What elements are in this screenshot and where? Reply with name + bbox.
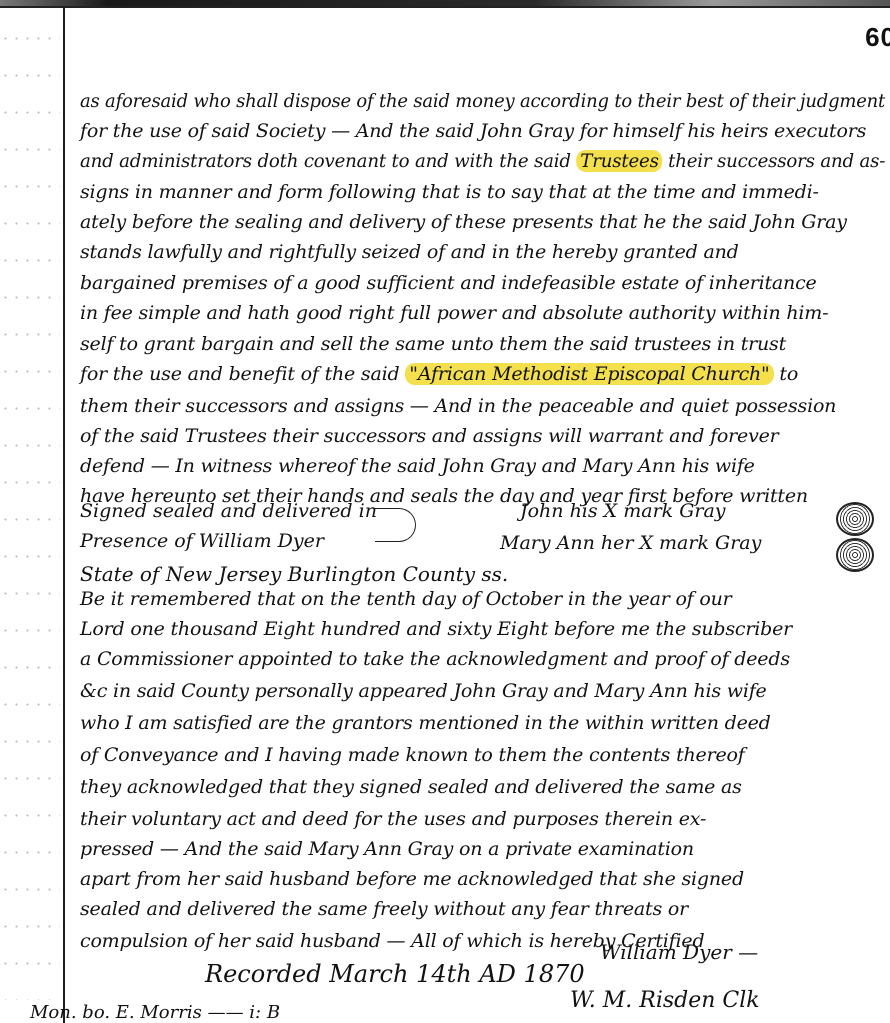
bottom-margin-note: Mon. bo. E. Morris —— i: B xyxy=(30,1002,280,1023)
deed-line: signs in manner and form following that … xyxy=(80,181,819,203)
ack-line: &c in said County personally appeared Jo… xyxy=(80,680,767,702)
page-number: 60 xyxy=(865,22,890,53)
deed-line: for the use of said Society — And the sa… xyxy=(80,120,866,142)
left-margin-rule xyxy=(63,6,65,1023)
wax-seal-icon xyxy=(836,502,874,536)
clerk-signature: W. M. Risden Clk xyxy=(570,988,760,1013)
ack-line: Lord one thousand Eight hundred and sixt… xyxy=(80,618,792,640)
deed-line-text: to xyxy=(774,363,799,385)
certifier-signature: William Dyer — xyxy=(600,940,758,964)
wax-seal-icon xyxy=(836,538,874,572)
ack-line: pressed — And the said Mary Ann Gray on … xyxy=(80,838,694,860)
deed-line: for the use and benefit of the said "Afr… xyxy=(80,363,798,385)
witness-line-2: Presence of William Dyer xyxy=(80,530,324,552)
deed-line: bargained premises of a good sufficient … xyxy=(80,272,817,294)
venue-line: State of New Jersey Burlington County ss… xyxy=(80,562,508,586)
recorded-date: Recorded March 14th AD 1870 xyxy=(205,960,585,988)
page-top-rule xyxy=(0,6,890,8)
deed-line: self to grant bargain and sell the same … xyxy=(80,333,786,355)
ack-line: apart from her said husband before me ac… xyxy=(80,868,744,890)
deed-line-text: for the use and benefit of the said xyxy=(80,363,405,385)
ack-line: Be it remembered that on the tenth day o… xyxy=(80,588,732,610)
deed-line: ately before the sealing and delivery of… xyxy=(80,211,847,233)
deed-line: in fee simple and hath good right full p… xyxy=(80,302,828,324)
grantor-signature-mary-ann-gray: Mary Ann her X mark Gray xyxy=(500,532,761,554)
witness-brace xyxy=(375,508,416,542)
witness-line-1: Signed sealed and delivered in xyxy=(80,500,377,522)
deed-line: defend — In witness whereof the said Joh… xyxy=(80,455,755,477)
deed-line-text: their successors and as- xyxy=(663,150,886,172)
ack-line: they acknowledged that they signed seale… xyxy=(80,776,742,798)
ack-line: their voluntary act and deed for the use… xyxy=(80,808,706,830)
deed-line: them their successors and assigns — And … xyxy=(80,395,836,417)
ack-line: who I am satisfied are the grantors ment… xyxy=(80,712,771,734)
deed-line-text: and administrators doth covenant to and … xyxy=(80,150,576,172)
grantor-signature-john-gray: John his X mark Gray xyxy=(520,500,726,522)
deed-line: stands lawfully and rightfully seized of… xyxy=(80,241,739,263)
deed-line: and administrators doth covenant to and … xyxy=(80,150,885,172)
deed-line: as aforesaid who shall dispose of the sa… xyxy=(80,90,885,112)
highlight-church-name: "African Methodist Episcopal Church" xyxy=(405,363,773,385)
highlight-trustees: Trustees xyxy=(576,150,662,172)
margin-scan-noise xyxy=(0,20,60,1000)
ack-line: sealed and delivered the same freely wit… xyxy=(80,898,688,920)
deed-line: of the said Trustees their successors an… xyxy=(80,425,779,447)
ack-line: of Conveyance and I having made known to… xyxy=(80,744,745,766)
ack-line: a Commissioner appointed to take the ack… xyxy=(80,648,790,670)
